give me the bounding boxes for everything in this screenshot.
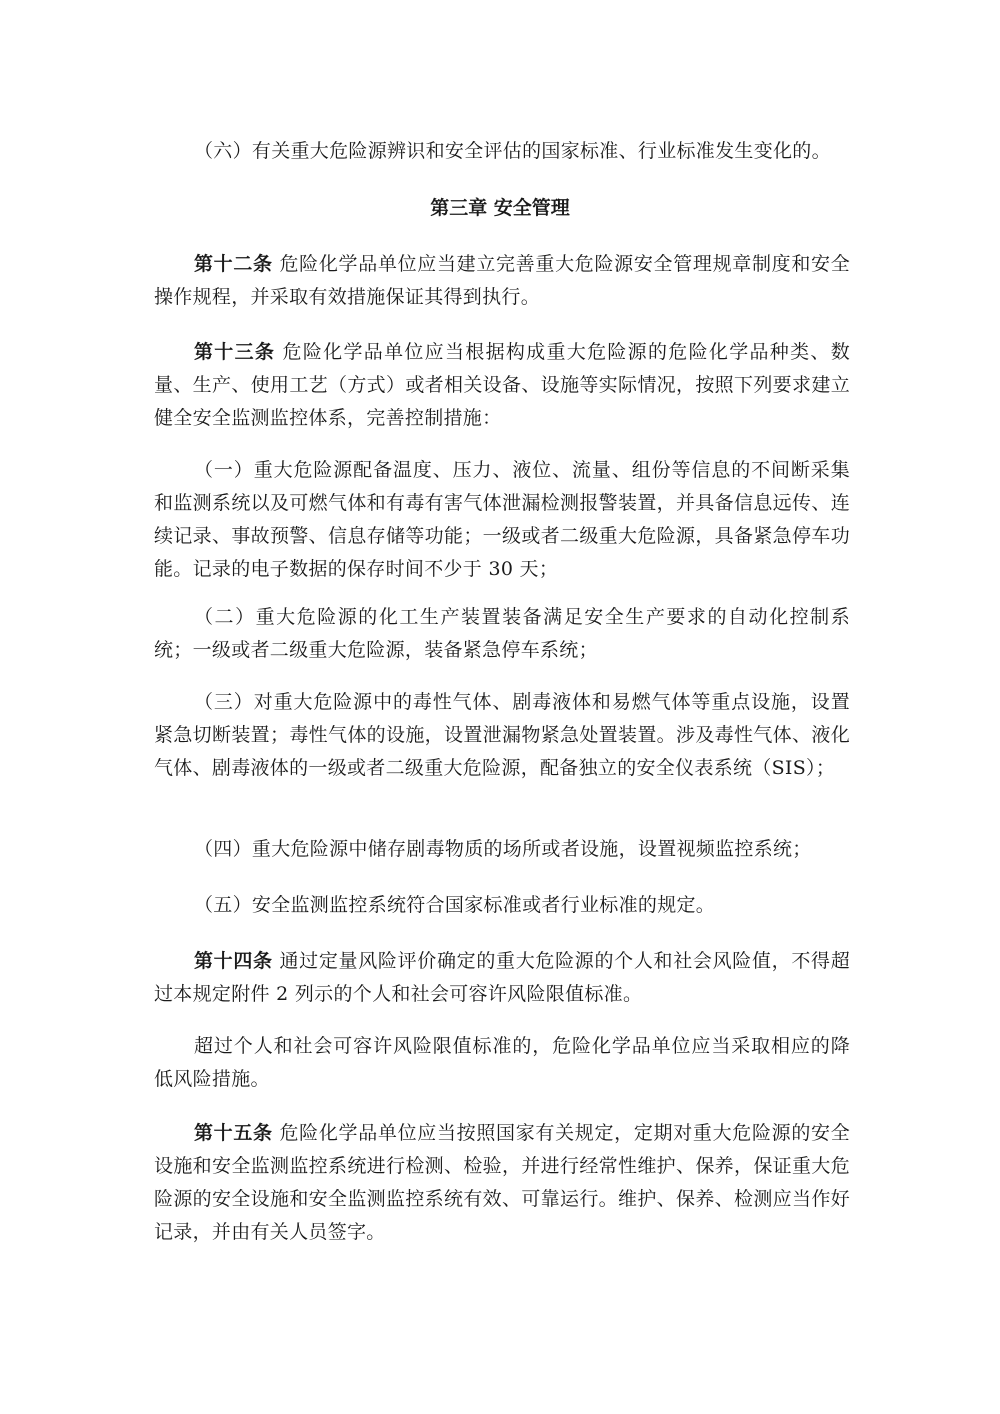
article-13-item-1: （一）重大危险源配备温度、压力、液位、流量、组份等信息的不间断采集和监测系统以及… xyxy=(154,454,850,586)
document-page: （六）有关重大危险源辨识和安全评估的国家标准、行业标准发生变化的。 第三章 安全… xyxy=(0,0,1000,1414)
article-13-item-4: （四）重大危险源中储存剧毒物质的场所或者设施，设置视频监控系统； xyxy=(154,833,850,866)
article-14-paragraph: 第十四条 通过定量风险评价确定的重大危险源的个人和社会风险值，不得超过本规定附件… xyxy=(154,945,850,1011)
article-13-paragraph: 第十三条 危险化学品单位应当根据构成重大危险源的危险化学品种类、数量、生产、使用… xyxy=(154,336,850,435)
article-13-item-3: （三）对重大危险源中的毒性气体、剧毒液体和易燃气体等重点设施，设置紧急切断装置；… xyxy=(154,686,850,785)
article-13-label: 第十三条 xyxy=(194,341,275,363)
article-12-label: 第十二条 xyxy=(194,253,273,275)
article-12-paragraph: 第十二条 危险化学品单位应当建立完善重大危险源安全管理规章制度和安全操作规程，并… xyxy=(154,248,850,314)
article-14-paragraph-2: 超过个人和社会可容许风险限值标准的，危险化学品单位应当采取相应的降低风险措施。 xyxy=(154,1030,850,1096)
article-13-item-5: （五）安全监测监控系统符合国家标准或者行业标准的规定。 xyxy=(154,889,850,922)
article-14-label: 第十四条 xyxy=(194,950,273,972)
article-15-paragraph: 第十五条 危险化学品单位应当按照国家有关规定，定期对重大危险源的安全设施和安全监… xyxy=(154,1117,850,1249)
item-6-paragraph: （六）有关重大危险源辨识和安全评估的国家标准、行业标准发生变化的。 xyxy=(154,135,850,168)
article-13-item-2: （二）重大危险源的化工生产装置装备满足安全生产要求的自动化控制系统；一级或者二级… xyxy=(154,601,850,667)
article-15-label: 第十五条 xyxy=(194,1122,273,1144)
chapter-title: 第三章 安全管理 xyxy=(0,192,1000,225)
